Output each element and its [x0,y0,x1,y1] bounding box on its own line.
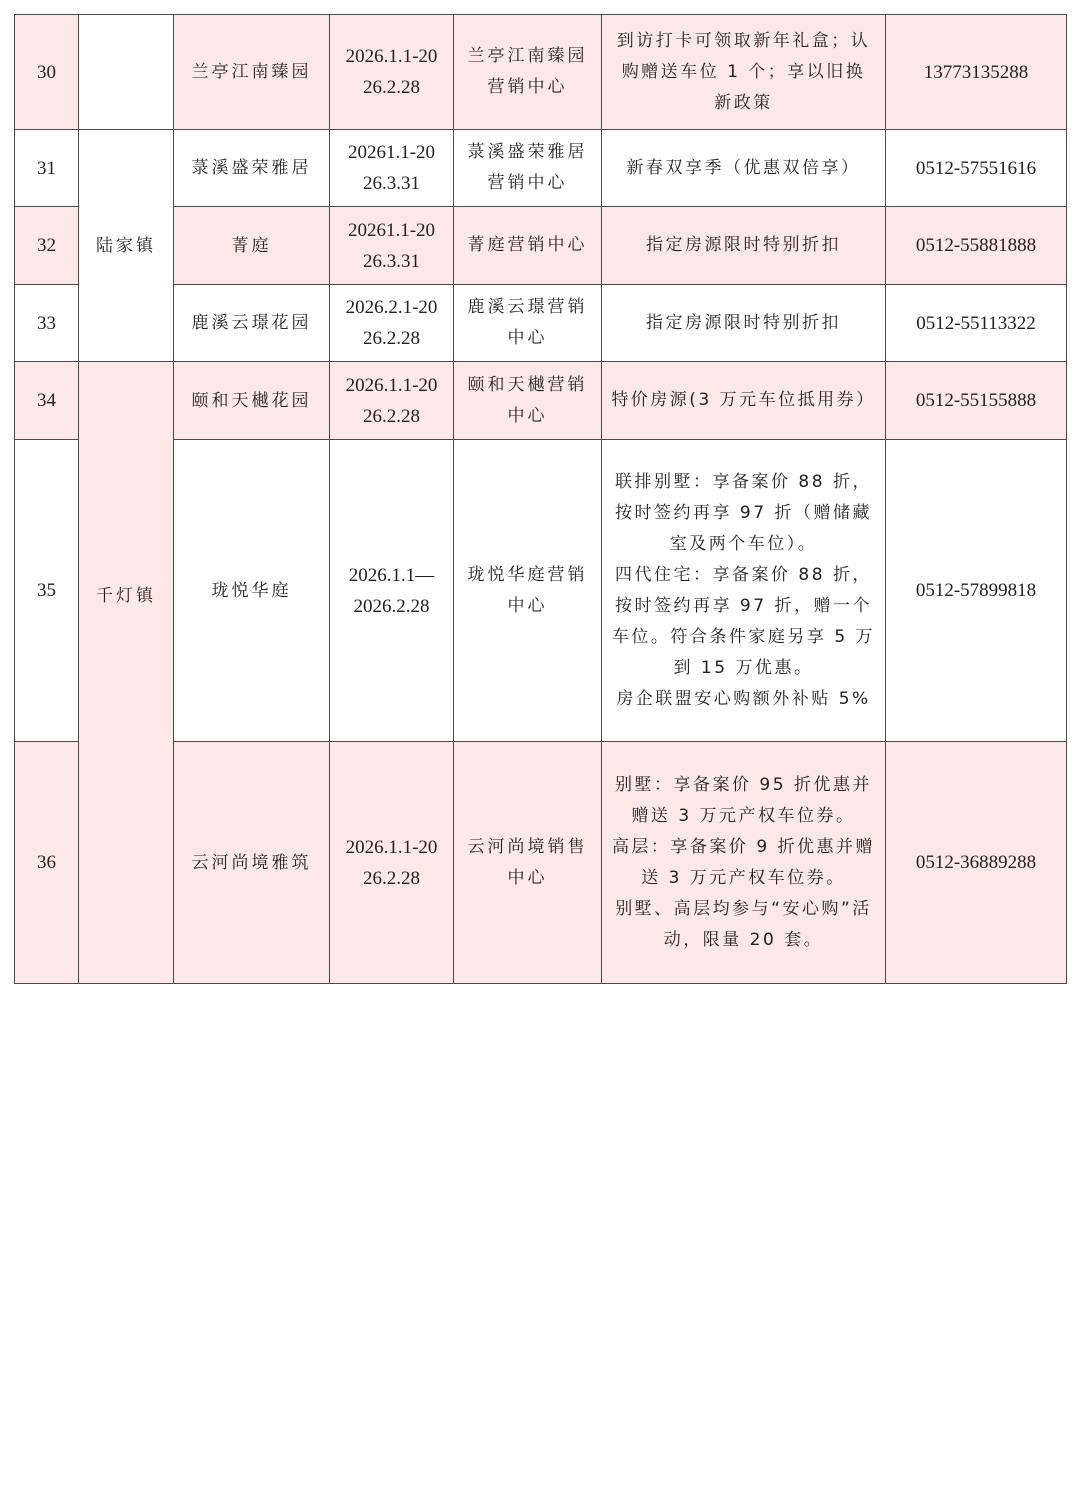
sales-center-line: 营销中心 [454,72,601,103]
offer-line: 高层：享备案价 9 折优惠并赠 [602,832,885,863]
phone-number: 0512-55881888 [916,235,1036,256]
sales-center-cell: 菉溪盛荣雅居 营销中心 [454,130,602,207]
row-number-cell: 33 [15,285,79,362]
sales-center-line: 中心 [454,323,601,354]
project-cell: 菁庭 [174,207,330,285]
offer-line: 按时签约再享 97 折（赠储藏 [602,498,885,529]
phone-number: 0512-57551616 [916,158,1036,179]
project-name: 鹿溪云璟花园 [192,313,312,333]
period-cell: 2026.1.1-20 26.2.28 [330,742,454,984]
sales-center-cell: 珑悦华庭营销 中心 [454,440,602,742]
offer-cell: 新春双享季（优惠双倍享） [602,130,886,207]
sales-center-line: 菁庭营销中心 [454,230,601,261]
row-number: 32 [37,235,56,256]
offer-line: 别墅：享备案价 95 折优惠并 [602,770,885,801]
period-line: 2026.2.1-20 [330,292,453,323]
phone-number: 0512-36889288 [916,852,1036,873]
town-name: 陆家镇 [96,236,156,256]
project-name: 珑悦华庭 [212,581,292,601]
sales-center-line: 中心 [454,863,601,894]
sales-center-line: 鹿溪云璟营销 [454,292,601,323]
phone-cell: 0512-57899818 [886,440,1067,742]
table-row: 34 千灯镇 颐和天樾花园 2026.1.1-20 26.2.28 颐和天樾营销… [15,362,1067,440]
project-cell: 兰亭江南臻园 [174,15,330,130]
sales-center-cell: 菁庭营销中心 [454,207,602,285]
town-cell [79,15,174,130]
offer-line: 新春双享季（优惠双倍享） [602,153,885,184]
table-row: 31 陆家镇 菉溪盛荣雅居 20261.1-20 26.3.31 菉溪盛荣雅居 … [15,130,1067,207]
offer-line: 指定房源限时特别折扣 [602,308,885,339]
period-line: 20261.1-20 [330,215,453,246]
period-cell: 2026.1.1-20 26.2.28 [330,15,454,130]
sales-center-line: 菉溪盛荣雅居 [454,137,601,168]
offer-line: 四代住宅：享备案价 88 折， [602,560,885,591]
phone-number: 0512-55155888 [916,390,1036,411]
town-cell-qiandeng: 千灯镇 [79,362,174,984]
housing-promotion-table: 30 兰亭江南臻园 2026.1.1-20 26.2.28 兰亭江南臻园 营销中… [14,14,1067,984]
phone-cell: 0512-57551616 [886,130,1067,207]
period-line: 2026.1.1-20 [330,41,453,72]
phone-number: 0512-55113322 [916,313,1036,334]
sales-center-cell: 鹿溪云璟营销 中心 [454,285,602,362]
sales-center-line: 珑悦华庭营销 [454,560,601,591]
phone-number: 0512-57899818 [916,580,1036,601]
phone-cell: 13773135288 [886,15,1067,130]
sales-center-cell: 云河尚境销售 中心 [454,742,602,984]
offer-line: 购赠送车位 1 个；享以旧换 [602,57,885,88]
period-cell: 2026.1.1-20 26.2.28 [330,362,454,440]
sales-center-line: 中心 [454,401,601,432]
project-name: 菉溪盛荣雅居 [192,158,312,178]
offer-cell: 别墅：享备案价 95 折优惠并 赠送 3 万元产权车位券。 高层：享备案价 9 … [602,742,886,984]
row-number-cell: 35 [15,440,79,742]
row-number: 34 [37,390,56,411]
offer-cell: 到访打卡可领取新年礼盒；认 购赠送车位 1 个；享以旧换 新政策 [602,15,886,130]
period-cell: 20261.1-20 26.3.31 [330,130,454,207]
offer-line: 联排别墅：享备案价 88 折， [602,467,885,498]
row-number-cell: 30 [15,15,79,130]
row-number: 36 [37,852,56,873]
project-name: 颐和天樾花园 [192,391,312,411]
row-number-cell: 31 [15,130,79,207]
offer-line: 到访打卡可领取新年礼盒；认 [602,26,885,57]
offer-cell: 指定房源限时特别折扣 [602,207,886,285]
sales-center-line: 兰亭江南臻园 [454,41,601,72]
offer-line: 到 15 万优惠。 [602,653,885,684]
period-line: 26.2.28 [330,72,453,103]
period-cell: 20261.1-20 26.3.31 [330,207,454,285]
offer-line: 车位。符合条件家庭另享 5 万 [602,622,885,653]
offer-line: 指定房源限时特别折扣 [602,230,885,261]
offer-line: 别墅、高层均参与“安心购”活 [602,894,885,925]
row-number: 33 [37,313,56,334]
project-cell: 菉溪盛荣雅居 [174,130,330,207]
row-number-cell: 36 [15,742,79,984]
phone-cell: 0512-36889288 [886,742,1067,984]
period-line: 26.2.28 [330,863,453,894]
period-line: 2026.2.28 [330,591,453,622]
project-cell: 云河尚境雅筑 [174,742,330,984]
offer-line: 房企联盟安心购额外补贴 5% [602,684,885,715]
period-line: 26.2.28 [330,323,453,354]
offer-cell: 指定房源限时特别折扣 [602,285,886,362]
offer-line: 动，限量 20 套。 [602,925,885,956]
project-name: 兰亭江南臻园 [192,62,312,82]
offer-line: 特价房源(3 万元车位抵用券） [602,385,885,416]
phone-cell: 0512-55113322 [886,285,1067,362]
row-number: 31 [37,158,56,179]
row-number: 30 [37,62,56,83]
sales-center-line: 中心 [454,591,601,622]
table-row: 30 兰亭江南臻园 2026.1.1-20 26.2.28 兰亭江南臻园 营销中… [15,15,1067,130]
phone-cell: 0512-55155888 [886,362,1067,440]
town-cell-lujia: 陆家镇 [79,130,174,362]
period-cell: 2026.1.1— 2026.2.28 [330,440,454,742]
period-line: 26.3.31 [330,168,453,199]
row-number-cell: 34 [15,362,79,440]
project-name: 菁庭 [232,236,272,256]
offer-line: 赠送 3 万元产权车位券。 [602,801,885,832]
period-line: 2026.1.1-20 [330,370,453,401]
offer-line: 送 3 万元产权车位券。 [602,863,885,894]
sales-center-line: 颐和天樾营销 [454,370,601,401]
project-cell: 颐和天樾花园 [174,362,330,440]
project-cell: 鹿溪云璟花园 [174,285,330,362]
phone-number: 13773135288 [924,62,1029,83]
period-line: 26.3.31 [330,246,453,277]
sales-center-line: 云河尚境销售 [454,832,601,863]
offer-line: 新政策 [602,88,885,119]
period-line: 20261.1-20 [330,137,453,168]
phone-cell: 0512-55881888 [886,207,1067,285]
sales-center-cell: 兰亭江南臻园 营销中心 [454,15,602,130]
sales-center-cell: 颐和天樾营销 中心 [454,362,602,440]
period-cell: 2026.2.1-20 26.2.28 [330,285,454,362]
offer-line: 室及两个车位）。 [602,529,885,560]
period-line: 26.2.28 [330,401,453,432]
period-line: 2026.1.1-20 [330,832,453,863]
sales-center-line: 营销中心 [454,168,601,199]
offer-cell: 特价房源(3 万元车位抵用券） [602,362,886,440]
town-name: 千灯镇 [96,586,156,606]
offer-cell: 联排别墅：享备案价 88 折， 按时签约再享 97 折（赠储藏 室及两个车位）。… [602,440,886,742]
row-number-cell: 32 [15,207,79,285]
project-cell: 珑悦华庭 [174,440,330,742]
offer-line: 按时签约再享 97 折，赠一个 [602,591,885,622]
row-number: 35 [37,580,56,601]
period-line: 2026.1.1— [330,560,453,591]
project-name: 云河尚境雅筑 [192,853,312,873]
